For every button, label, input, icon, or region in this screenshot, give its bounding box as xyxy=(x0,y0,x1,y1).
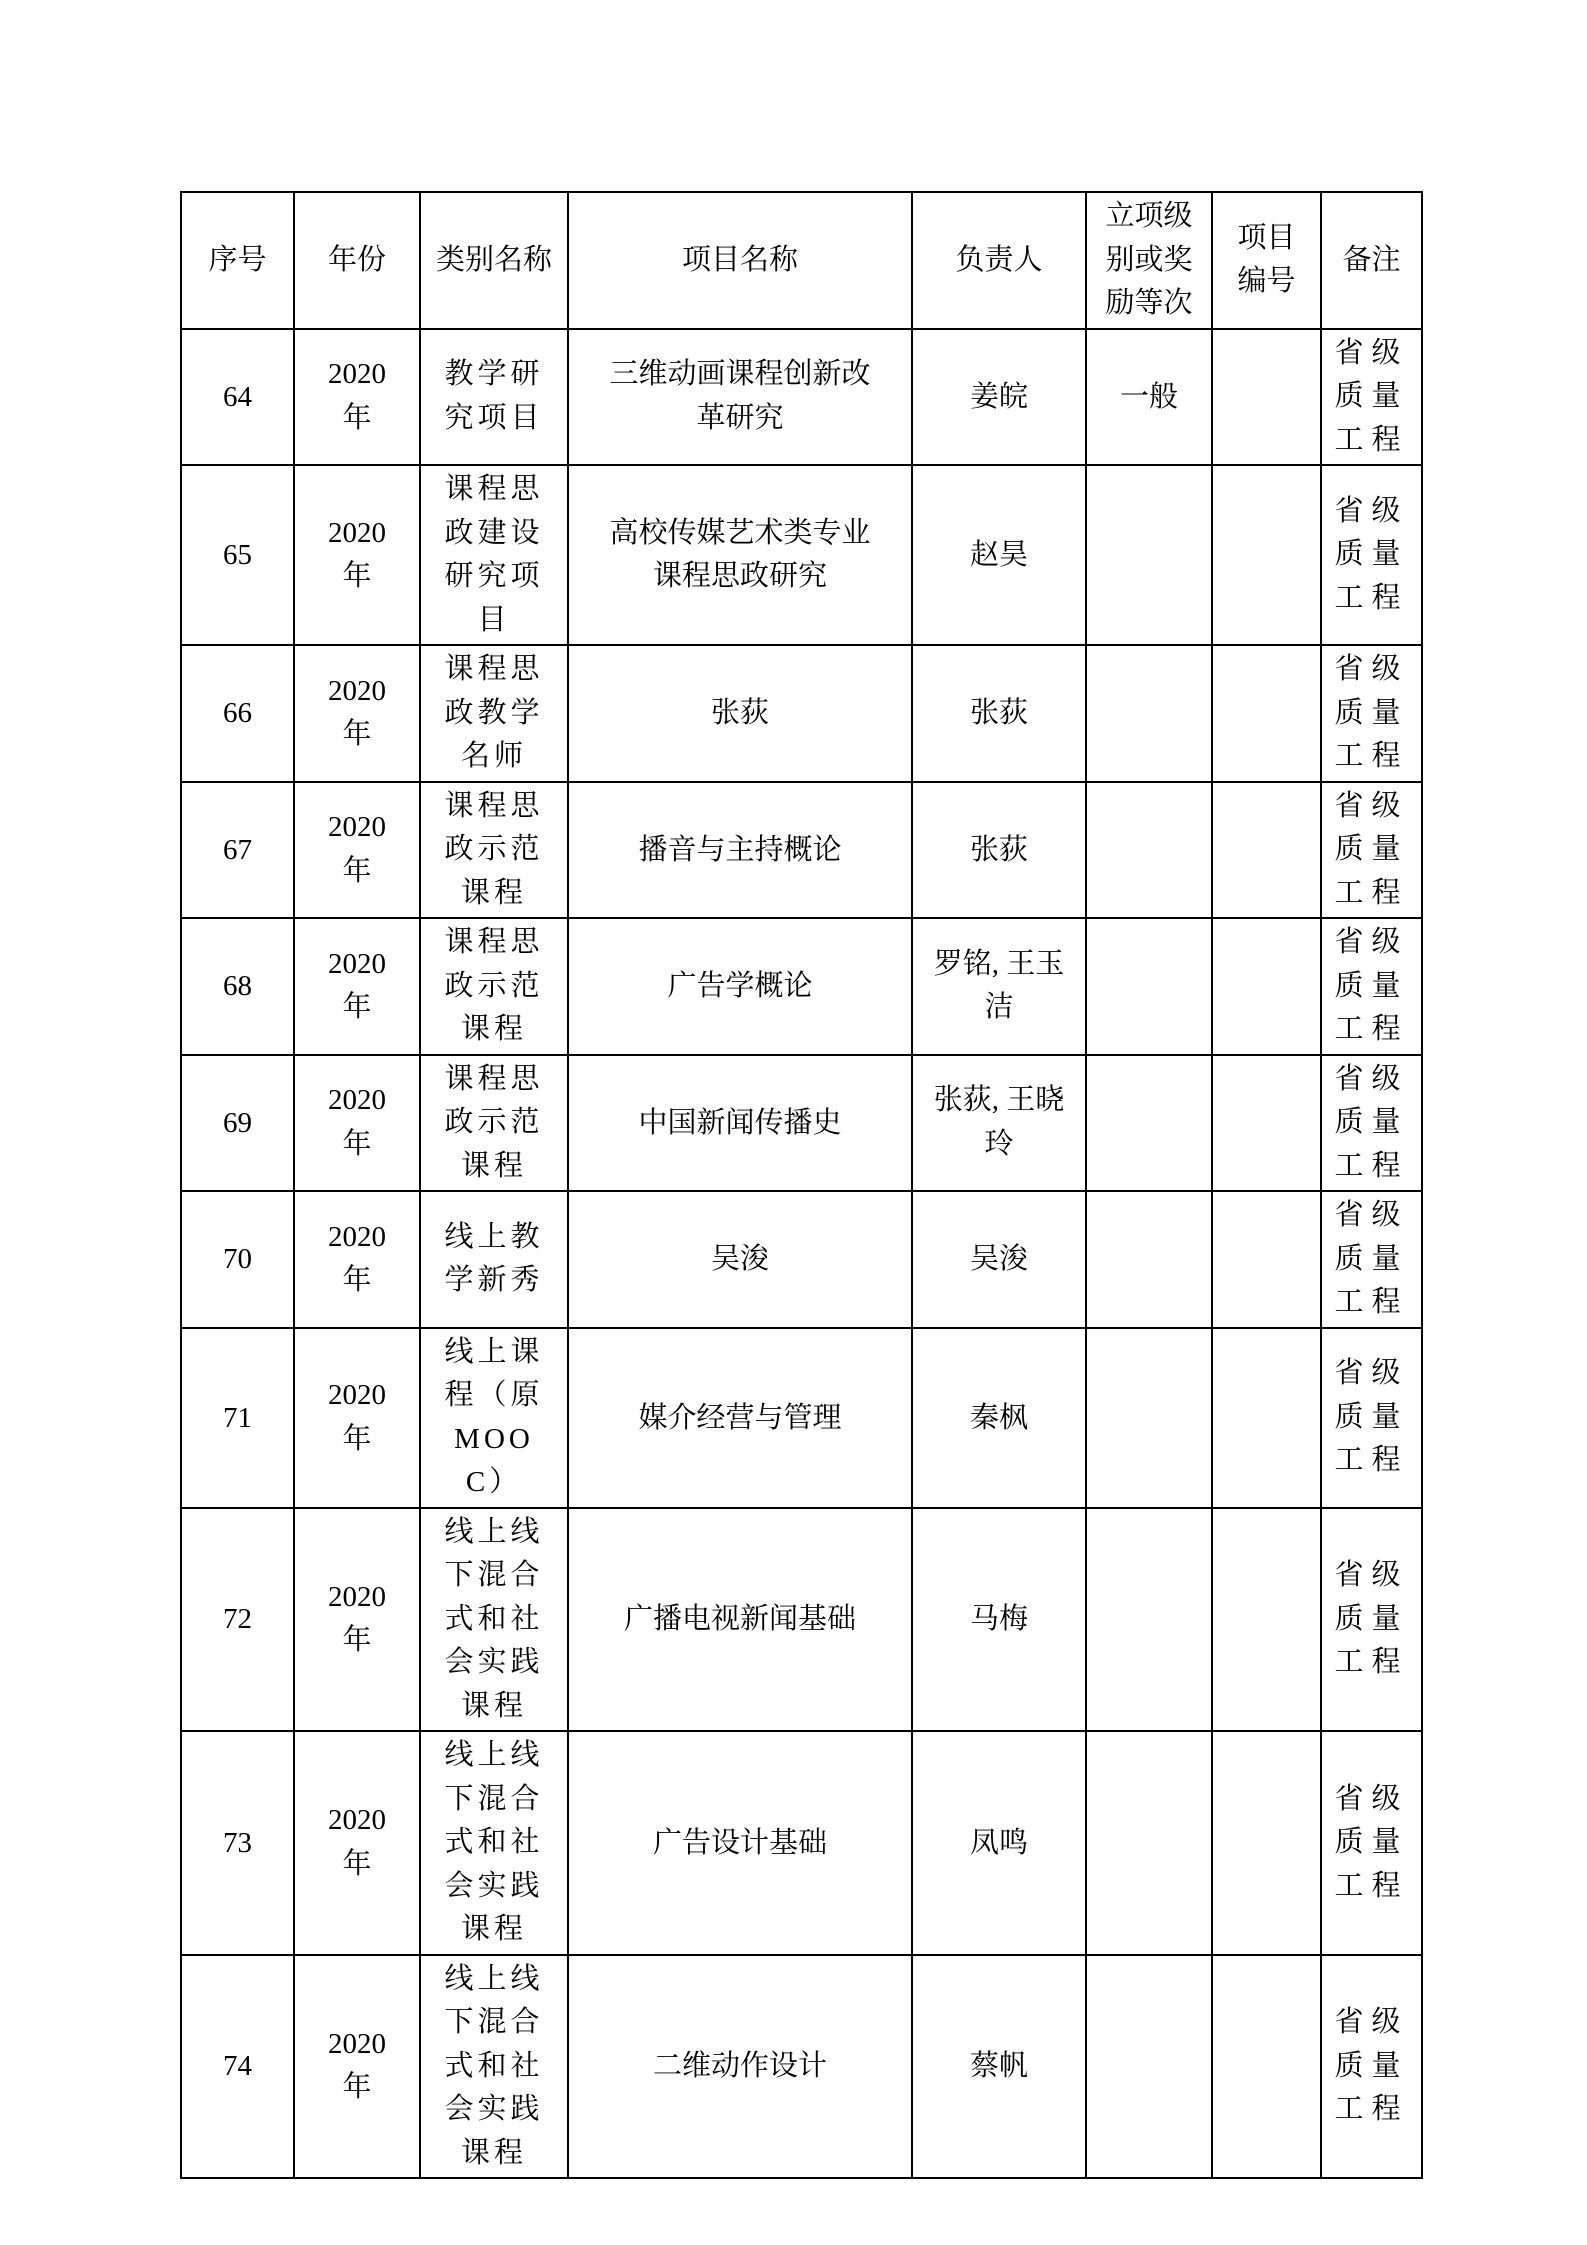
row-project: 二维动作设计 xyxy=(653,2045,827,2089)
row-category: 线上线下混合式和社会实践课程 xyxy=(443,1958,545,2176)
cell-no: 71 xyxy=(181,1328,294,1508)
row-year: 2020年 xyxy=(325,670,389,757)
cell-no: 73 xyxy=(181,1731,294,1955)
cell-code xyxy=(1212,1955,1321,2179)
header-label: 类别名称 xyxy=(436,239,552,283)
cell-leader: 马梅 xyxy=(912,1508,1086,1732)
header-label: 备注 xyxy=(1342,239,1400,283)
document-page: 序号 年份 类别名称 项目名称 负责人 立项级别或奖励等次 项目编号 备注 64… xyxy=(0,0,1587,2245)
row-year: 2020年 xyxy=(325,512,389,599)
cell-project: 广告设计基础 xyxy=(568,1731,912,1955)
cell-level xyxy=(1086,918,1212,1055)
cell-category: 课程思政示范课程 xyxy=(420,918,568,1055)
row-project: 广告设计基础 xyxy=(653,1822,827,1866)
row-note: 省级质量工程 xyxy=(1332,1352,1412,1483)
row-project: 吴浚 xyxy=(711,1238,769,1282)
cell-year: 2020年 xyxy=(294,329,420,466)
row-leader: 吴浚 xyxy=(970,1238,1028,1282)
row-category: 线上课程（原MOOC） xyxy=(443,1331,545,1505)
row-note: 省级质量工程 xyxy=(1332,1058,1412,1189)
row-project: 媒介经营与管理 xyxy=(638,1397,841,1441)
row-year: 2020年 xyxy=(325,2023,389,2110)
table-row: 72 2020年 线上线下混合式和社会实践课程 广播电视新闻基础 马梅 省级质量… xyxy=(181,1508,1422,1732)
row-no: 74 xyxy=(223,2045,252,2089)
row-year: 2020年 xyxy=(325,1799,389,1886)
cell-year: 2020年 xyxy=(294,1508,420,1732)
cell-note: 省级质量工程 xyxy=(1321,645,1422,782)
cell-code xyxy=(1212,645,1321,782)
cell-category: 课程思政教学名师 xyxy=(420,645,568,782)
row-no: 64 xyxy=(223,376,252,420)
row-no: 65 xyxy=(223,534,252,578)
row-no: 66 xyxy=(223,692,252,736)
row-no: 69 xyxy=(223,1102,252,1146)
cell-leader: 姜皖 xyxy=(912,329,1086,466)
row-leader: 马梅 xyxy=(970,1598,1028,1642)
col-header-leader: 负责人 xyxy=(912,192,1086,329)
cell-category: 课程思政建设研究项目 xyxy=(420,465,568,645)
cell-year: 2020年 xyxy=(294,782,420,919)
row-no: 67 xyxy=(223,829,252,873)
row-category: 线上教学新秀 xyxy=(443,1216,545,1303)
row-leader: 凤鸣 xyxy=(970,1822,1028,1866)
cell-category: 课程思政示范课程 xyxy=(420,1055,568,1192)
cell-leader: 凤鸣 xyxy=(912,1731,1086,1955)
cell-level xyxy=(1086,1055,1212,1192)
cell-project: 三维动画课程创新改革研究 xyxy=(568,329,912,466)
header-label: 年份 xyxy=(328,239,386,283)
row-leader: 张荻 xyxy=(970,829,1028,873)
row-note: 省级质量工程 xyxy=(1332,648,1412,779)
row-category: 课程思政示范课程 xyxy=(443,921,545,1052)
cell-project: 播音与主持概论 xyxy=(568,782,912,919)
cell-code xyxy=(1212,918,1321,1055)
cell-note: 省级质量工程 xyxy=(1321,1508,1422,1732)
cell-leader: 张荻 xyxy=(912,645,1086,782)
cell-leader: 张荻, 王晓玲 xyxy=(912,1055,1086,1192)
row-project: 广播电视新闻基础 xyxy=(624,1598,856,1642)
cell-level xyxy=(1086,465,1212,645)
cell-leader: 秦枫 xyxy=(912,1328,1086,1508)
row-note: 省级质量工程 xyxy=(1332,1194,1412,1325)
cell-no: 64 xyxy=(181,329,294,466)
cell-level xyxy=(1086,1731,1212,1955)
table-row: 68 2020年 课程思政示范课程 广告学概论 罗铭, 王玉洁 省级质量工程 xyxy=(181,918,1422,1055)
row-note: 省级质量工程 xyxy=(1332,1778,1412,1909)
header-label: 项目名称 xyxy=(682,239,798,283)
cell-category: 教学研究项目 xyxy=(420,329,568,466)
cell-year: 2020年 xyxy=(294,645,420,782)
cell-level: 一般 xyxy=(1086,329,1212,466)
cell-code xyxy=(1212,329,1321,466)
row-leader: 蔡帆 xyxy=(970,2045,1028,2089)
cell-no: 68 xyxy=(181,918,294,1055)
cell-project: 吴浚 xyxy=(568,1191,912,1328)
cell-note: 省级质量工程 xyxy=(1321,1055,1422,1192)
cell-category: 线上教学新秀 xyxy=(420,1191,568,1328)
row-project: 中国新闻传播史 xyxy=(638,1102,841,1146)
row-category: 线上线下混合式和社会实践课程 xyxy=(443,1511,545,1729)
row-leader: 张荻 xyxy=(970,692,1028,736)
cell-year: 2020年 xyxy=(294,918,420,1055)
cell-leader: 吴浚 xyxy=(912,1191,1086,1328)
header-label: 项目编号 xyxy=(1235,217,1299,304)
col-header-no: 序号 xyxy=(181,192,294,329)
projects-table: 序号 年份 类别名称 项目名称 负责人 立项级别或奖励等次 项目编号 备注 64… xyxy=(180,191,1423,2179)
col-header-category: 类别名称 xyxy=(420,192,568,329)
cell-code xyxy=(1212,1055,1321,1192)
cell-code xyxy=(1212,1508,1321,1732)
cell-project: 二维动作设计 xyxy=(568,1955,912,2179)
cell-year: 2020年 xyxy=(294,1055,420,1192)
cell-level xyxy=(1086,645,1212,782)
row-note: 省级质量工程 xyxy=(1332,490,1412,621)
row-leader: 张荻, 王晓玲 xyxy=(923,1079,1075,1166)
cell-no: 74 xyxy=(181,1955,294,2179)
table-row: 73 2020年 线上线下混合式和社会实践课程 广告设计基础 凤鸣 省级质量工程 xyxy=(181,1731,1422,1955)
cell-note: 省级质量工程 xyxy=(1321,1731,1422,1955)
cell-project: 张荻 xyxy=(568,645,912,782)
cell-year: 2020年 xyxy=(294,1955,420,2179)
cell-year: 2020年 xyxy=(294,1328,420,1508)
cell-level xyxy=(1086,1955,1212,2179)
col-header-code: 项目编号 xyxy=(1212,192,1321,329)
row-no: 70 xyxy=(223,1238,252,1282)
cell-leader: 蔡帆 xyxy=(912,1955,1086,2179)
col-header-note: 备注 xyxy=(1321,192,1422,329)
row-project: 广告学概论 xyxy=(667,965,812,1009)
cell-project: 广播电视新闻基础 xyxy=(568,1508,912,1732)
cell-category: 线上课程（原MOOC） xyxy=(420,1328,568,1508)
cell-no: 66 xyxy=(181,645,294,782)
cell-no: 67 xyxy=(181,782,294,919)
cell-year: 2020年 xyxy=(294,1191,420,1328)
cell-code xyxy=(1212,1191,1321,1328)
cell-level xyxy=(1086,1508,1212,1732)
cell-level xyxy=(1086,782,1212,919)
row-note: 省级质量工程 xyxy=(1332,785,1412,916)
cell-category: 线上线下混合式和社会实践课程 xyxy=(420,1731,568,1955)
row-year: 2020年 xyxy=(325,353,389,440)
table-row: 74 2020年 线上线下混合式和社会实践课程 二维动作设计 蔡帆 省级质量工程 xyxy=(181,1955,1422,2179)
cell-no: 70 xyxy=(181,1191,294,1328)
row-note: 省级质量工程 xyxy=(1332,2001,1412,2132)
table-row: 64 2020年 教学研究项目 三维动画课程创新改革研究 姜皖 一般 省级质量工… xyxy=(181,329,1422,466)
row-category: 教学研究项目 xyxy=(443,353,545,440)
row-year: 2020年 xyxy=(325,1374,389,1461)
row-category: 线上线下混合式和社会实践课程 xyxy=(443,1734,545,1952)
cell-project: 中国新闻传播史 xyxy=(568,1055,912,1192)
cell-no: 72 xyxy=(181,1508,294,1732)
row-level: 一般 xyxy=(1120,376,1178,420)
cell-category: 课程思政示范课程 xyxy=(420,782,568,919)
cell-note: 省级质量工程 xyxy=(1321,1191,1422,1328)
table-row: 67 2020年 课程思政示范课程 播音与主持概论 张荻 省级质量工程 xyxy=(181,782,1422,919)
row-note: 省级质量工程 xyxy=(1332,921,1412,1052)
row-no: 73 xyxy=(223,1822,252,1866)
cell-code xyxy=(1212,1328,1321,1508)
row-project: 播音与主持概论 xyxy=(638,829,841,873)
table-row: 71 2020年 线上课程（原MOOC） 媒介经营与管理 秦枫 省级质量工程 xyxy=(181,1328,1422,1508)
row-project: 张荻 xyxy=(711,692,769,736)
table-row: 66 2020年 课程思政教学名师 张荻 张荻 省级质量工程 xyxy=(181,645,1422,782)
row-category: 课程思政教学名师 xyxy=(443,648,545,779)
row-year: 2020年 xyxy=(325,1576,389,1663)
row-leader: 罗铭, 王玉洁 xyxy=(923,943,1075,1030)
cell-leader: 罗铭, 王玉洁 xyxy=(912,918,1086,1055)
row-leader: 秦枫 xyxy=(970,1397,1028,1441)
row-leader: 姜皖 xyxy=(970,376,1028,420)
row-year: 2020年 xyxy=(325,806,389,893)
cell-code xyxy=(1212,465,1321,645)
row-year: 2020年 xyxy=(325,1079,389,1166)
cell-project: 广告学概论 xyxy=(568,918,912,1055)
row-no: 72 xyxy=(223,1598,252,1642)
cell-level xyxy=(1086,1328,1212,1508)
cell-note: 省级质量工程 xyxy=(1321,1955,1422,2179)
cell-note: 省级质量工程 xyxy=(1321,329,1422,466)
cell-note: 省级质量工程 xyxy=(1321,918,1422,1055)
cell-note: 省级质量工程 xyxy=(1321,782,1422,919)
table-row: 65 2020年 课程思政建设研究项目 高校传媒艺术类专业课程思政研究 赵昊 省… xyxy=(181,465,1422,645)
row-project: 高校传媒艺术类专业课程思政研究 xyxy=(604,512,876,599)
row-no: 71 xyxy=(223,1397,252,1441)
row-project: 三维动画课程创新改革研究 xyxy=(604,353,876,440)
cell-no: 65 xyxy=(181,465,294,645)
row-category: 课程思政示范课程 xyxy=(443,1058,545,1189)
row-year: 2020年 xyxy=(325,1216,389,1303)
row-leader: 赵昊 xyxy=(970,534,1028,578)
row-no: 68 xyxy=(223,965,252,1009)
cell-note: 省级质量工程 xyxy=(1321,465,1422,645)
col-header-year: 年份 xyxy=(294,192,420,329)
row-category: 课程思政建设研究项目 xyxy=(443,468,545,642)
header-label: 负责人 xyxy=(955,239,1042,283)
row-note: 省级质量工程 xyxy=(1332,332,1412,463)
header-label: 立项级别或奖励等次 xyxy=(1099,195,1199,326)
cell-category: 线上线下混合式和社会实践课程 xyxy=(420,1508,568,1732)
header-label: 序号 xyxy=(208,239,266,283)
cell-code xyxy=(1212,1731,1321,1955)
table-row: 70 2020年 线上教学新秀 吴浚 吴浚 省级质量工程 xyxy=(181,1191,1422,1328)
row-category: 课程思政示范课程 xyxy=(443,785,545,916)
col-header-project: 项目名称 xyxy=(568,192,912,329)
cell-category: 线上线下混合式和社会实践课程 xyxy=(420,1955,568,2179)
cell-code xyxy=(1212,782,1321,919)
row-note: 省级质量工程 xyxy=(1332,1554,1412,1685)
cell-level xyxy=(1086,1191,1212,1328)
cell-no: 69 xyxy=(181,1055,294,1192)
cell-project: 媒介经营与管理 xyxy=(568,1328,912,1508)
cell-leader: 张荻 xyxy=(912,782,1086,919)
col-header-level: 立项级别或奖励等次 xyxy=(1086,192,1212,329)
cell-project: 高校传媒艺术类专业课程思政研究 xyxy=(568,465,912,645)
cell-note: 省级质量工程 xyxy=(1321,1328,1422,1508)
cell-leader: 赵昊 xyxy=(912,465,1086,645)
table-row: 69 2020年 课程思政示范课程 中国新闻传播史 张荻, 王晓玲 省级质量工程 xyxy=(181,1055,1422,1192)
cell-year: 2020年 xyxy=(294,465,420,645)
header-row: 序号 年份 类别名称 项目名称 负责人 立项级别或奖励等次 项目编号 备注 xyxy=(181,192,1422,329)
cell-year: 2020年 xyxy=(294,1731,420,1955)
row-year: 2020年 xyxy=(325,943,389,1030)
